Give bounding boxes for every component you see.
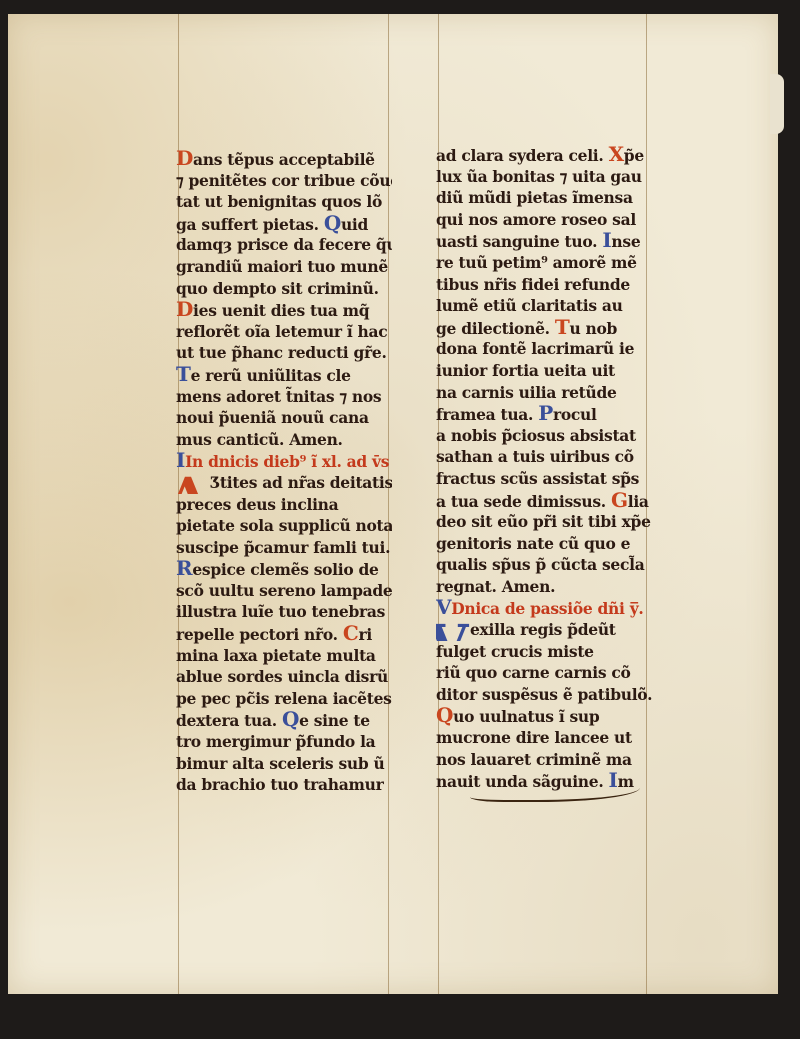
- blue-initial: P: [538, 403, 553, 425]
- line-text-after-initial: ri: [358, 625, 371, 644]
- text-line: ⁊ penitẽtes cor tribue cõuer: [176, 170, 392, 192]
- blue-initial: Q: [324, 213, 341, 235]
- line-text: grandiũ maiori tuo munẽ: [176, 257, 388, 276]
- line-text: fractus scũs assistat sp̃s: [436, 469, 639, 488]
- text-line: tat ut benignitas quos lõ: [176, 191, 392, 213]
- line-text: framea tua.: [436, 405, 533, 424]
- blue-initial: T: [176, 364, 191, 386]
- text-line: AƷtites ad nr̃as deitatis: [176, 472, 392, 494]
- left-column-text: Dans tẽpus acceptabilẽ⁊ penitẽtes cor tr…: [176, 148, 392, 796]
- text-line: preces deus inclina: [176, 494, 392, 516]
- rubric-heading: In dnicis dieb⁹ ĩ xl. ad v̄s: [185, 452, 389, 471]
- text-line: dextera tua. Qe sine te: [176, 709, 392, 731]
- line-text-after-initial: uid: [341, 215, 368, 234]
- line-text: uasti sanguine tuo.: [436, 232, 597, 251]
- text-line: reflorẽt oĩa letemur ĩ hac: [176, 321, 392, 343]
- line-text: dona fontẽ lacrimarũ ie: [436, 339, 634, 358]
- line-text: lux ũa bonitas ⁊ uita gau: [436, 167, 642, 186]
- text-line: tro mergimur p̃fundo la: [176, 731, 392, 753]
- line-text: regnat. Amen.: [436, 577, 555, 596]
- red-initial: T: [555, 317, 570, 339]
- line-text: dextera tua.: [176, 711, 277, 730]
- text-line: scõ uultu sereno lampades: [176, 580, 392, 602]
- line-text: riũ quo carne carnis cõ: [436, 663, 631, 682]
- text-line: dona fontẽ lacrimarũ ie: [436, 338, 652, 360]
- blue-initial: Q: [282, 709, 299, 731]
- line-text: diũ mũdi pietas ĩmensa: [436, 188, 633, 207]
- line-text: pe pec pc̃is relena iacẽtes: [176, 689, 392, 708]
- line-text: sathan a tuis uiribus cõ: [436, 447, 634, 466]
- line-text: a nobis p̃ciosus absistat: [436, 426, 636, 445]
- text-line: ablue sordes uincla disrũ: [176, 666, 392, 688]
- line-text: mens adoret t̃nitas ⁊ nos: [176, 387, 381, 406]
- right-column-text: ad clara sydera celi. Xp̃elux ũa bonitas…: [436, 144, 652, 792]
- line-text: espice clemẽs solio de: [192, 560, 378, 579]
- text-line: mens adoret t̃nitas ⁊ nos: [176, 386, 392, 408]
- line-text-after-initial: p̃e: [624, 146, 644, 165]
- text-line: qui nos amore roseo sal: [436, 209, 652, 231]
- line-text-after-initial: lia: [628, 492, 649, 511]
- text-line: mucrone dire lancee ut: [436, 727, 652, 749]
- text-line: noui p̃ueniã nouũ cana: [176, 407, 392, 429]
- text-line: lux ũa bonitas ⁊ uita gau: [436, 166, 652, 188]
- line-text: genitoris nate cũ quo e: [436, 534, 630, 553]
- line-text: scõ uultu sereno lampades: [176, 581, 392, 600]
- text-line: regnat. Amen.: [436, 576, 652, 598]
- text-line: ga suffert pietas. Quid: [176, 213, 392, 235]
- text-line: quo dempto sit criminũ.: [176, 278, 392, 300]
- line-text: qualis sp̃us p̃ cũcta secl̃a: [436, 555, 644, 574]
- line-text: e rerũ uniũlitas cle: [191, 366, 351, 385]
- text-line: da brachio tuo trahamur: [176, 774, 392, 796]
- line-text: suscipe p̃camur famli tui.: [176, 538, 390, 557]
- rubric-heading: Dnica de passiõe dñi y̅.: [451, 599, 643, 618]
- line-text: mucrone dire lancee ut: [436, 728, 632, 747]
- red-initial: D: [176, 148, 193, 170]
- line-text: tat ut benignitas quos lõ: [176, 192, 382, 211]
- text-line: Respice clemẽs solio de: [176, 558, 392, 580]
- line-text: lumẽ etiũ claritatis au: [436, 296, 623, 315]
- line-text: re tuũ petim⁹ amorẽ mẽ: [436, 253, 637, 272]
- text-line: iunior fortia ueita uit: [436, 360, 652, 382]
- text-line: Dans tẽpus acceptabilẽ: [176, 148, 392, 170]
- text-line: a tua sede dimissus. Glia: [436, 490, 652, 512]
- text-line: mina laxa pietate multa: [176, 645, 392, 667]
- text-line: riũ quo carne carnis cõ: [436, 662, 652, 684]
- line-text: quo dempto sit criminũ.: [176, 279, 379, 298]
- text-line: lumẽ etiũ claritatis au: [436, 295, 652, 317]
- large-decorated-initial: A: [176, 472, 208, 494]
- line-text: ut tue p̃hanc reducti gr̃e.: [176, 343, 387, 362]
- text-line: ditor suspẽsus ẽ patibulõ.: [436, 684, 652, 706]
- red-initial: C: [343, 623, 359, 645]
- blue-flourish-initial: V: [436, 597, 451, 619]
- line-text: fulget crucis miste: [436, 642, 594, 661]
- text-line: suscipe p̃camur famli tui.: [176, 537, 392, 559]
- text-line: mus canticũ. Amen.: [176, 429, 392, 451]
- text-line: nos lauaret criminẽ ma: [436, 749, 652, 771]
- text-line: genitoris nate cũ quo e: [436, 533, 652, 555]
- line-text: da brachio tuo trahamur: [176, 775, 383, 794]
- line-text: bimur alta sceleris sub ũ: [176, 754, 384, 773]
- line-text: pietate sola supplicũ nota: [176, 516, 392, 535]
- line-text: ans tẽpus acceptabilẽ: [193, 150, 375, 169]
- text-line: pietate sola supplicũ nota: [176, 515, 392, 537]
- line-text: mina laxa pietate multa: [176, 646, 376, 665]
- line-text: preces deus inclina: [176, 495, 338, 514]
- line-text: qui nos amore roseo sal: [436, 210, 636, 229]
- manuscript-leaf: [8, 14, 778, 994]
- line-text: exilla regis p̃deũt: [470, 620, 616, 639]
- text-line: uasti sanguine tuo. Inse: [436, 230, 652, 252]
- text-line: Quo uulnatus ĩ sup: [436, 705, 652, 727]
- blue-initial: R: [176, 558, 192, 580]
- rubric-line: IIn dnicis dieb⁹ ĩ xl. ad v̄s: [176, 450, 392, 472]
- text-line: damqȝ prisce da fecere q̃uis: [176, 234, 392, 256]
- text-line: ut tue p̃hanc reducti gr̃e.: [176, 342, 392, 364]
- line-text: uo uulnatus ĩ sup: [453, 707, 599, 726]
- text-line: bimur alta sceleris sub ũ: [176, 753, 392, 775]
- blue-flourish-initial: I: [176, 450, 185, 472]
- line-text-after-initial: rocul: [553, 405, 597, 424]
- line-text: reflorẽt oĩa letemur ĩ hac: [176, 322, 387, 341]
- text-line: na carnis uilia retũde: [436, 382, 652, 404]
- text-line: deo sit eũo pr̃i sit tibi xp̃e: [436, 511, 652, 533]
- line-text: tibus nr̃is fidei refunde: [436, 275, 630, 294]
- text-line: repelle pectori nr̃o. Cri: [176, 623, 392, 645]
- line-text: a tua sede dimissus.: [436, 492, 606, 511]
- text-line: Dies uenit dies tua mq̃: [176, 299, 392, 321]
- line-text: tro mergimur p̃fundo la: [176, 732, 375, 751]
- line-text-after-initial: u nob: [569, 319, 617, 338]
- rubric-line: VDnica de passiõe dñi y̅.: [436, 597, 652, 619]
- line-text: illustra luĩe tuo tenebras: [176, 602, 385, 621]
- text-line: diũ mũdi pietas ĩmensa: [436, 187, 652, 209]
- line-text: nos lauaret criminẽ ma: [436, 750, 632, 769]
- line-text: ⁊ penitẽtes cor tribue cõuer: [176, 171, 392, 190]
- text-line: Te rerũ uniũlitas cle: [176, 364, 392, 386]
- text-line: illustra luĩe tuo tenebras: [176, 601, 392, 623]
- text-line: fulget crucis miste: [436, 641, 652, 663]
- line-text: ad clara sydera celi.: [436, 146, 603, 165]
- text-line: ge dilectionẽ. Tu nob: [436, 317, 652, 339]
- line-text: ga suffert pietas.: [176, 215, 319, 234]
- line-text: repelle pectori nr̃o.: [176, 625, 338, 644]
- text-line: a nobis p̃ciosus absistat: [436, 425, 652, 447]
- line-text: na carnis uilia retũde: [436, 383, 617, 402]
- red-initial: D: [176, 299, 193, 321]
- text-line: qualis sp̃us p̃ cũcta secl̃a: [436, 554, 652, 576]
- text-line: fractus scũs assistat sp̃s: [436, 468, 652, 490]
- line-text: damqȝ prisce da fecere q̃uis: [176, 235, 392, 254]
- text-line: Vexilla regis p̃deũt: [436, 619, 652, 641]
- text-line: sathan a tuis uiribus cõ: [436, 446, 652, 468]
- line-text: ditor suspẽsus ẽ patibulõ.: [436, 685, 652, 704]
- large-decorated-initial: V: [436, 619, 468, 641]
- line-text: iunior fortia ueita uit: [436, 361, 615, 380]
- text-line: framea tua. Procul: [436, 403, 652, 425]
- red-initial: X: [609, 144, 624, 166]
- red-initial: G: [611, 490, 628, 512]
- line-text: Ʒtites ad nr̃as deitatis: [210, 473, 392, 492]
- text-line: tibus nr̃is fidei refunde: [436, 274, 652, 296]
- line-text: mus canticũ. Amen.: [176, 430, 343, 449]
- line-text: ge dilectionẽ.: [436, 319, 550, 338]
- text-line: re tuũ petim⁹ amorẽ mẽ: [436, 252, 652, 274]
- text-line: ad clara sydera celi. Xp̃e: [436, 144, 652, 166]
- line-text: deo sit eũo pr̃i sit tibi xp̃e: [436, 512, 651, 531]
- line-text: ablue sordes uincla disrũ: [176, 667, 388, 686]
- line-text: ies uenit dies tua mq̃: [193, 301, 369, 320]
- line-text: noui p̃ueniã nouũ cana: [176, 408, 369, 427]
- red-initial: Q: [436, 705, 453, 727]
- text-line: grandiũ maiori tuo munẽ: [176, 256, 392, 278]
- line-text-after-initial: nse: [611, 232, 640, 251]
- line-text-after-initial: e sine te: [299, 711, 370, 730]
- text-line: pe pec pc̃is relena iacẽtes: [176, 688, 392, 710]
